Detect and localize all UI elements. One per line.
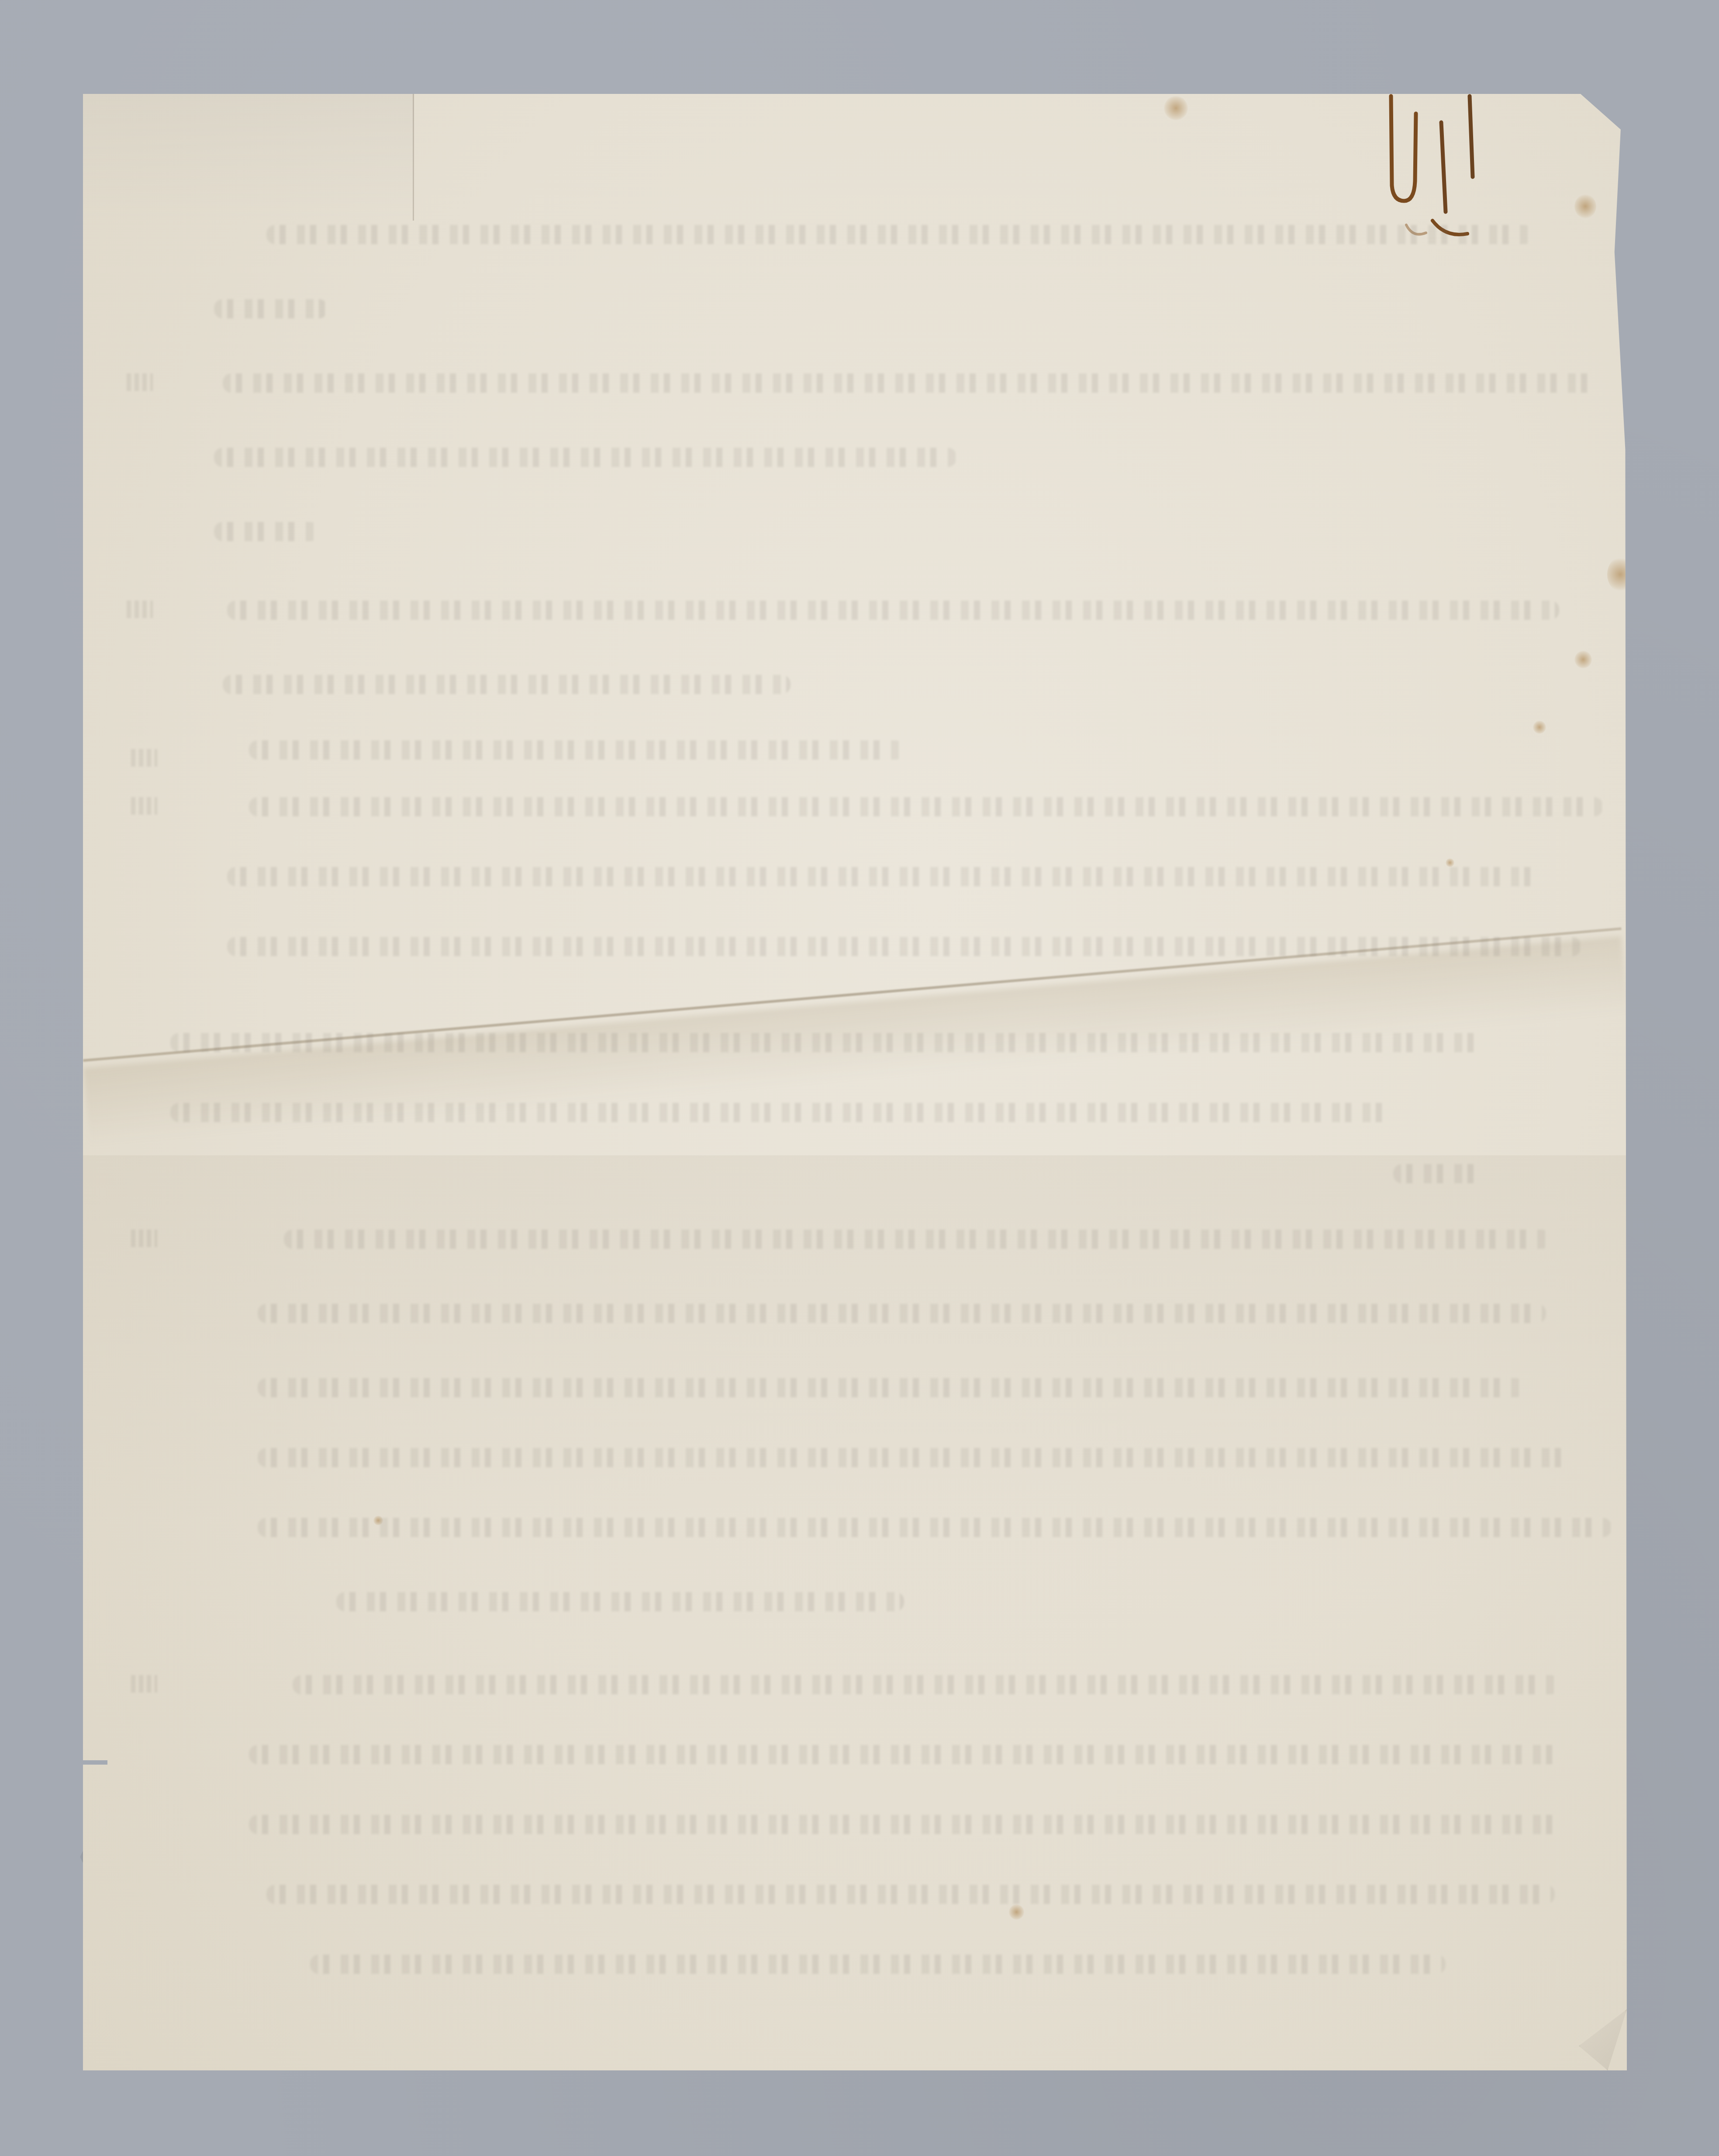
margin-numeral	[127, 373, 153, 391]
bleed-line	[258, 1518, 1612, 1537]
bleed-line	[249, 797, 1603, 816]
bleed-line	[223, 373, 1598, 393]
margin-numeral	[131, 749, 157, 767]
bleed-line	[223, 675, 790, 694]
bleed-line	[249, 1745, 1559, 1764]
bleed-line	[249, 1815, 1559, 1834]
margin-numeral	[131, 1230, 157, 1247]
bleed-line	[249, 740, 904, 760]
margin-numeral	[131, 797, 157, 815]
bleed-line	[214, 522, 319, 541]
bleed-line	[284, 1230, 1550, 1249]
bleed-line	[310, 1955, 1446, 1974]
bleed-line	[258, 1378, 1524, 1397]
bleed-line	[227, 867, 1537, 886]
manuscript-page	[83, 94, 1627, 2070]
bleed-line	[227, 601, 1559, 620]
bleed-line	[214, 448, 956, 467]
margin-numeral	[127, 601, 153, 618]
bleed-line	[214, 299, 328, 318]
bleed-line	[170, 1103, 1393, 1122]
bleed-line	[227, 937, 1581, 956]
margin-numeral	[131, 1675, 157, 1693]
bleed-line	[336, 1592, 904, 1611]
bleed-line	[170, 1033, 1481, 1052]
bleed-through-writing	[83, 94, 1627, 2070]
bleed-line	[293, 1675, 1559, 1694]
bleed-line	[266, 1885, 1555, 1904]
bleed-line	[266, 225, 1533, 244]
bleed-line	[1393, 1164, 1481, 1183]
bleed-line	[258, 1304, 1546, 1323]
bleed-line	[258, 1448, 1568, 1467]
